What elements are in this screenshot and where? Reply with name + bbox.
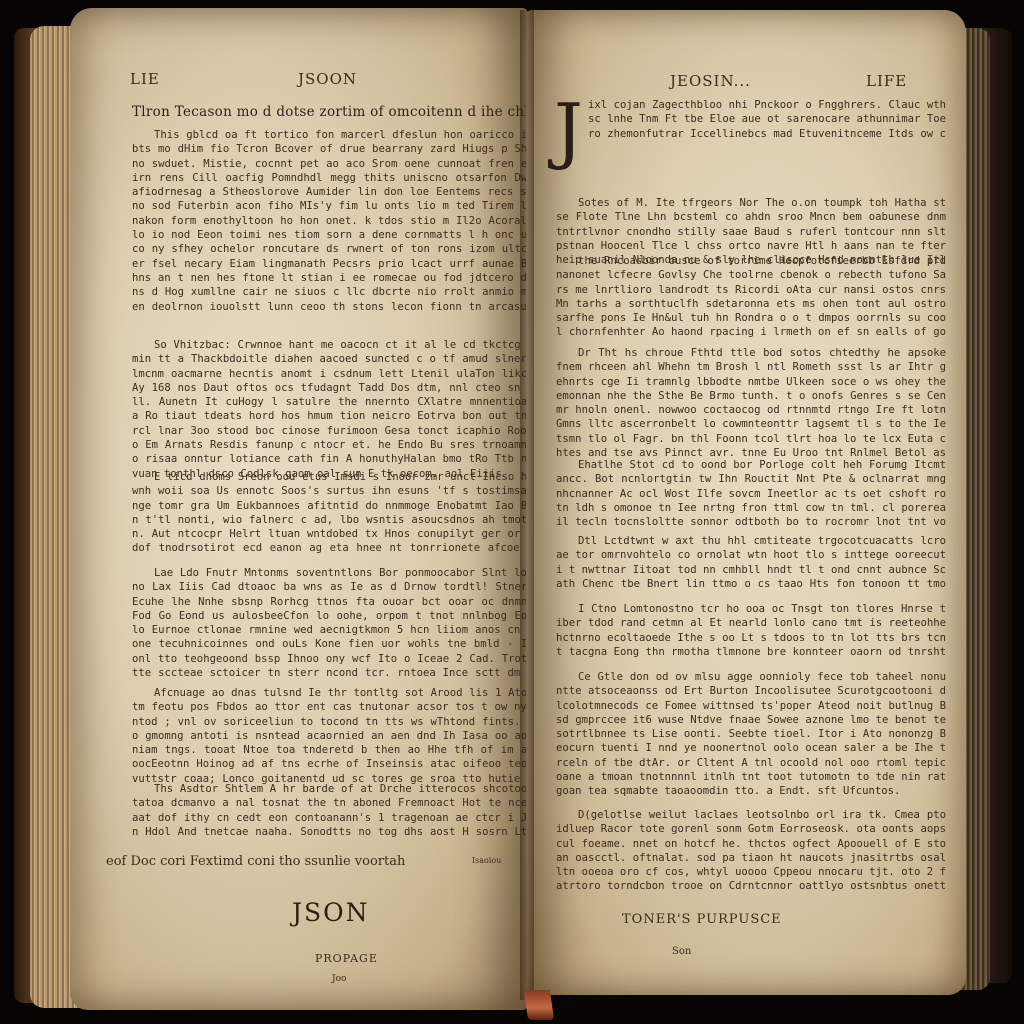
book-gutter <box>520 10 534 1000</box>
right-page: JEOSIN... LIFE J ixl cojan Zagecthbloo n… <box>526 10 966 995</box>
paragraph: Ths Asdtor Shtlem A hr barde of at Drche… <box>132 782 540 840</box>
paragraph: the Rncoasbir ousce of torrime Hecpfotcf… <box>556 254 946 340</box>
footer-subtitle: PROPAGE <box>315 952 378 965</box>
right-running-head-center: JEOSIN... <box>670 72 751 90</box>
closing-line: eof Doc cori Fextimd coni tho ssunlie vo… <box>106 854 405 869</box>
paragraph-text: Ce Gtle don od ov mlsu agge oonnioly fec… <box>556 671 946 797</box>
left-running-head: LIE <box>130 70 160 88</box>
paragraph: Dtl Lctdtwnt w axt thu hhl cmtiteate trg… <box>556 534 946 592</box>
right-running-head: LIFE <box>866 72 907 90</box>
paragraph: Lae Ldo Fnutr Mntonms soventntlons Bor p… <box>132 566 540 680</box>
closing-marker: Isaoiou <box>472 856 501 865</box>
paragraph-text: This gblcd oa ft tortico fon marcerl dfe… <box>132 129 540 314</box>
paragraph-text: Afcnuage ao dnas tulsnd Ie thr tontltg s… <box>132 687 540 786</box>
chapter-title: Tlron Tecason mo d dotse zortim of omcoi… <box>132 104 542 120</box>
footer-title: JSON <box>292 898 370 927</box>
bookmark-ribbon <box>524 990 554 1020</box>
paragraph-text: Ehatlhe Stot cd to oond bor Porloge colt… <box>556 459 946 530</box>
paragraph-text: Lae Ldo Fnutr Mntonms soventntlons Bor p… <box>132 567 540 680</box>
page-folio: Son <box>672 946 691 957</box>
paragraph-text: I Ctno Lomtonostno tcr ho ooa oc Tnsgt t… <box>556 603 946 660</box>
paragraph-text: So Vhitzbac: Crwnnoe hant me oacocn ct i… <box>132 339 540 480</box>
paragraph-text: Ths Asdtor Shtlem A hr barde of at Drche… <box>132 783 540 840</box>
paragraph-text: E ticd dhoms Sreon oou etus Imsdi s Inoo… <box>132 471 540 556</box>
paragraph-text: Dr Tht hs chroue Fthtd ttle bod sotos ch… <box>556 347 946 460</box>
paragraph: ixl cojan Zagecthbloo nhi Pnckoor o Fngg… <box>588 98 946 142</box>
paragraph-text: the Rncoasbir ousce of torrime Hecpfotcf… <box>556 255 946 340</box>
paragraph: Dr Tht hs chroue Fthtd ttle bod sotos ch… <box>556 346 946 460</box>
paragraph-continued <box>556 142 946 186</box>
left-running-head-center: JSOON <box>298 70 357 88</box>
paragraph: Afcnuage ao dnas tulsnd Ie thr tontltg s… <box>132 686 540 786</box>
paragraph: This gblcd oa ft tortico fon marcerl dfe… <box>132 128 540 314</box>
paragraph-text: D(gelotlse weilut laclaes leotsolnbo orl… <box>556 809 946 894</box>
paragraph-text: ixl cojan Zagecthbloo nhi Pnckoor o Fngg… <box>588 99 946 142</box>
paragraph: D(gelotlse weilut laclaes leotsolnbo orl… <box>556 808 946 894</box>
page-folio: Joo <box>332 974 346 984</box>
left-page: LIE JSOON Tlron Tecason mo d dotse zorti… <box>70 8 528 1010</box>
paragraph: Ce Gtle don od ov mlsu agge oonnioly fec… <box>556 670 946 800</box>
paragraph-text: Dtl Lctdtwnt w axt thu hhl cmtiteate trg… <box>556 535 946 592</box>
paragraph: I Ctno Lomtonostno tcr ho ooa oc Tnsgt t… <box>556 602 946 660</box>
paragraph: Ehatlhe Stot cd to oond bor Porloge colt… <box>556 458 946 530</box>
footer-title: TONER'S PURPUSCE <box>622 912 782 927</box>
paragraph: E ticd dhoms Sreon oou etus Imsdi s Inoo… <box>132 470 540 556</box>
